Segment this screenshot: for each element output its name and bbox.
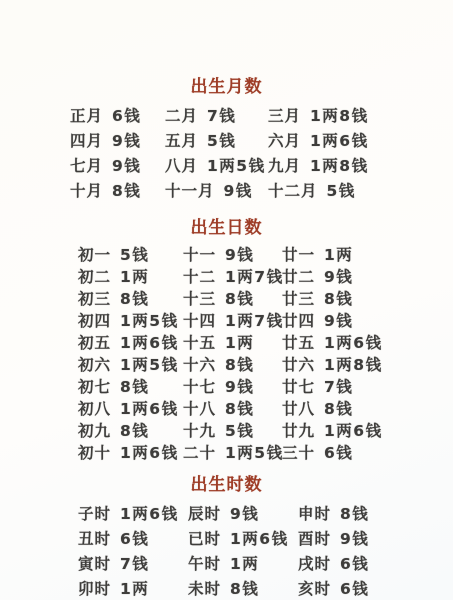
entry-label: 廿五 <box>282 331 315 353</box>
entry-cell: 廿七7钱 <box>282 375 453 397</box>
entry-value: 1两5钱 <box>120 309 179 331</box>
entry-label: 十三 <box>183 287 216 309</box>
entry-label: 卯时 <box>78 577 111 599</box>
entry-value: 5钱 <box>225 419 254 441</box>
section-grid: 初一5钱十一9钱廿一1两初二1两十二1两7钱廿二9钱初三8钱十三8钱廿三8钱初四… <box>0 243 453 463</box>
entry-value: 1两 <box>230 552 259 574</box>
entry-cell: 廿九1两6钱 <box>282 419 453 441</box>
section-title-hours: 出生时数 <box>0 463 453 495</box>
entry-value: 8钱 <box>112 179 141 201</box>
entry-value: 9钱 <box>225 243 254 265</box>
entry-cell: 初九8钱 <box>78 419 183 441</box>
entry-value: 7钱 <box>324 375 353 397</box>
entry-label: 廿八 <box>282 397 315 419</box>
entry-cell: 十六8钱 <box>183 353 282 375</box>
entry-cell: 初六1两5钱 <box>78 353 183 375</box>
entry-cell: 初七8钱 <box>78 375 183 397</box>
entry-value: 9钱 <box>340 527 369 549</box>
entry-value: 5钱 <box>207 129 236 151</box>
entry-cell: 初三8钱 <box>78 287 183 309</box>
entry-cell: 二十1两5钱 <box>183 441 282 463</box>
entry-label: 三月 <box>268 104 301 126</box>
entry-value: 1两6钱 <box>230 527 289 549</box>
entry-cell: 廿二9钱 <box>282 265 453 287</box>
entry-value: 9钱 <box>230 502 259 524</box>
entry-cell: 初一5钱 <box>78 243 183 265</box>
entry-label: 廿六 <box>282 353 315 375</box>
entry-label: 未时 <box>188 577 221 599</box>
entry-value: 6钱 <box>120 527 149 549</box>
entry-value: 1两5钱 <box>120 353 179 375</box>
entry-cell: 初八1两6钱 <box>78 397 183 419</box>
entry-label: 十五 <box>183 331 216 353</box>
entry-value: 5钱 <box>120 243 149 265</box>
entry-label: 十月 <box>70 179 103 201</box>
entry-value: 7钱 <box>207 104 236 126</box>
entry-label: 五月 <box>165 129 198 151</box>
entry-cell: 廿三8钱 <box>282 287 453 309</box>
entry-value: 1两 <box>324 243 353 265</box>
entry-label: 十七 <box>183 375 216 397</box>
entry-cell: 七月9钱 <box>70 152 165 177</box>
entry-label: 十四 <box>183 309 216 331</box>
entry-label: 二月 <box>165 104 198 126</box>
section-birth-hours: 出生时数 子时1两6钱辰时9钱申时8钱丑时6钱已时1两6钱酉时9钱寅时7钱午时1… <box>0 463 453 600</box>
entry-label: 已时 <box>188 527 221 549</box>
entry-cell: 十三8钱 <box>183 287 282 309</box>
entry-label: 亥时 <box>298 577 331 599</box>
entry-value: 9钱 <box>224 179 253 201</box>
entry-cell: 廿八8钱 <box>282 397 453 419</box>
entry-value: 6钱 <box>340 577 369 599</box>
entry-label: 初六 <box>78 353 111 375</box>
entry-cell: 十五1两 <box>183 331 282 353</box>
entry-value: 1两6钱 <box>120 397 179 419</box>
entry-value: 1两8钱 <box>310 104 369 126</box>
entry-label: 六月 <box>268 129 301 151</box>
entry-cell: 卯时1两 <box>78 575 188 600</box>
entry-label: 十八 <box>183 397 216 419</box>
entry-label: 初七 <box>78 375 111 397</box>
section-grid: 子时1两6钱辰时9钱申时8钱丑时6钱已时1两6钱酉时9钱寅时7钱午时1两戌时6钱… <box>0 500 453 600</box>
entry-value: 8钱 <box>230 577 259 599</box>
entry-value: 1两 <box>225 331 254 353</box>
entry-cell: 戌时6钱 <box>298 550 453 575</box>
entry-cell: 十四1两7钱 <box>183 309 282 331</box>
entry-cell: 八月1两5钱 <box>165 152 268 177</box>
entry-value: 9钱 <box>324 265 353 287</box>
weight-chart-page: 出生月数 正月6钱二月7钱三月1两8钱四月9钱五月5钱六月1两6钱七月9钱八月1… <box>0 0 453 600</box>
entry-value: 1两7钱 <box>225 309 284 331</box>
entry-label: 十二月 <box>268 179 318 201</box>
entry-label: 十九 <box>183 419 216 441</box>
entry-label: 十一 <box>183 243 216 265</box>
entry-cell: 午时1两 <box>188 550 298 575</box>
entry-cell: 十九5钱 <box>183 419 282 441</box>
entry-value: 8钱 <box>340 502 369 524</box>
entry-label: 七月 <box>70 154 103 176</box>
entry-cell: 初二1两 <box>78 265 183 287</box>
entry-value: 9钱 <box>112 154 141 176</box>
entry-label: 初五 <box>78 331 111 353</box>
entry-cell: 十二1两7钱 <box>183 265 282 287</box>
entry-cell: 廿六1两8钱 <box>282 353 453 375</box>
entry-label: 戌时 <box>298 552 331 574</box>
entry-label: 初十 <box>78 441 111 463</box>
section-title-days: 出生日数 <box>0 202 453 238</box>
entry-label: 廿三 <box>282 287 315 309</box>
entry-label: 廿二 <box>282 265 315 287</box>
entry-value: 8钱 <box>225 287 254 309</box>
entry-label: 九月 <box>268 154 301 176</box>
entry-value: 9钱 <box>324 309 353 331</box>
entry-label: 初四 <box>78 309 111 331</box>
entry-cell: 六月1两6钱 <box>268 127 453 152</box>
entry-cell: 二月7钱 <box>165 102 268 127</box>
entry-cell: 十七9钱 <box>183 375 282 397</box>
entry-cell: 初四1两5钱 <box>78 309 183 331</box>
entry-label: 初一 <box>78 243 111 265</box>
entry-label: 十二 <box>183 265 216 287</box>
entry-label: 初二 <box>78 265 111 287</box>
entry-value: 9钱 <box>225 375 254 397</box>
entry-value: 1两6钱 <box>120 331 179 353</box>
entry-cell: 廿四9钱 <box>282 309 453 331</box>
entry-cell: 辰时9钱 <box>188 500 298 525</box>
entry-label: 廿一 <box>282 243 315 265</box>
entry-cell: 初五1两6钱 <box>78 331 183 353</box>
entry-value: 1两6钱 <box>120 441 179 463</box>
entry-cell: 初十1两6钱 <box>78 441 183 463</box>
entry-label: 四月 <box>70 129 103 151</box>
entry-label: 十六 <box>183 353 216 375</box>
entry-value: 8钱 <box>120 287 149 309</box>
entry-cell: 亥时6钱 <box>298 575 453 600</box>
entry-cell: 十八8钱 <box>183 397 282 419</box>
entry-value: 1两 <box>120 265 149 287</box>
entry-cell: 正月6钱 <box>70 102 165 127</box>
entry-cell: 三十6钱 <box>282 441 453 463</box>
entry-value: 1两6钱 <box>310 129 369 151</box>
entry-label: 廿七 <box>282 375 315 397</box>
entry-label: 正月 <box>70 104 103 126</box>
entry-value: 8钱 <box>324 287 353 309</box>
entry-value: 1两6钱 <box>324 419 383 441</box>
entry-label: 午时 <box>188 552 221 574</box>
entry-label: 初八 <box>78 397 111 419</box>
entry-value: 1两5钱 <box>225 441 284 463</box>
entry-cell: 酉时9钱 <box>298 525 453 550</box>
entry-cell: 子时1两6钱 <box>78 500 188 525</box>
entry-cell: 寅时7钱 <box>78 550 188 575</box>
entry-label: 丑时 <box>78 527 111 549</box>
section-birth-days: 出生日数 初一5钱十一9钱廿一1两初二1两十二1两7钱廿二9钱初三8钱十三8钱廿… <box>0 202 453 463</box>
entry-label: 二十 <box>183 441 216 463</box>
entry-label: 三十 <box>282 441 315 463</box>
entry-value: 1两6钱 <box>120 502 179 524</box>
entry-value: 7钱 <box>120 552 149 574</box>
section-birth-months: 出生月数 正月6钱二月7钱三月1两8钱四月9钱五月5钱六月1两6钱七月9钱八月1… <box>0 0 453 202</box>
entry-value: 1两8钱 <box>310 154 369 176</box>
entry-label: 八月 <box>165 154 198 176</box>
entry-label: 寅时 <box>78 552 111 574</box>
entry-label: 初三 <box>78 287 111 309</box>
entry-value: 1两8钱 <box>324 353 383 375</box>
entry-cell: 九月1两8钱 <box>268 152 453 177</box>
entry-cell: 十一月9钱 <box>165 177 268 202</box>
entry-value: 1两 <box>120 577 149 599</box>
entry-cell: 三月1两8钱 <box>268 102 453 127</box>
entry-label: 子时 <box>78 502 111 524</box>
entry-label: 初九 <box>78 419 111 441</box>
entry-label: 廿九 <box>282 419 315 441</box>
entry-cell: 十月8钱 <box>70 177 165 202</box>
entry-value: 6钱 <box>112 104 141 126</box>
entry-cell: 五月5钱 <box>165 127 268 152</box>
entry-cell: 丑时6钱 <box>78 525 188 550</box>
entry-cell: 廿一1两 <box>282 243 453 265</box>
entry-value: 6钱 <box>324 441 353 463</box>
entry-label: 廿四 <box>282 309 315 331</box>
entry-cell: 未时8钱 <box>188 575 298 600</box>
entry-value: 9钱 <box>112 129 141 151</box>
entry-label: 申时 <box>298 502 331 524</box>
entry-cell: 十二月5钱 <box>268 177 453 202</box>
entry-label: 辰时 <box>188 502 221 524</box>
entry-value: 1两7钱 <box>225 265 284 287</box>
section-grid: 正月6钱二月7钱三月1两8钱四月9钱五月5钱六月1两6钱七月9钱八月1两5钱九月… <box>0 102 453 202</box>
entry-label: 十一月 <box>165 179 215 201</box>
entry-value: 8钱 <box>324 397 353 419</box>
entry-value: 6钱 <box>340 552 369 574</box>
entry-value: 1两6钱 <box>324 331 383 353</box>
entry-value: 8钱 <box>225 353 254 375</box>
entry-cell: 申时8钱 <box>298 500 453 525</box>
entry-cell: 已时1两6钱 <box>188 525 298 550</box>
entry-value: 8钱 <box>225 397 254 419</box>
entry-value: 8钱 <box>120 419 149 441</box>
entry-value: 5钱 <box>327 179 356 201</box>
entry-label: 酉时 <box>298 527 331 549</box>
section-title-months: 出生月数 <box>0 0 453 97</box>
entry-cell: 廿五1两6钱 <box>282 331 453 353</box>
entry-value: 8钱 <box>120 375 149 397</box>
entry-cell: 四月9钱 <box>70 127 165 152</box>
entry-value: 1两5钱 <box>207 154 266 176</box>
entry-cell: 十一9钱 <box>183 243 282 265</box>
